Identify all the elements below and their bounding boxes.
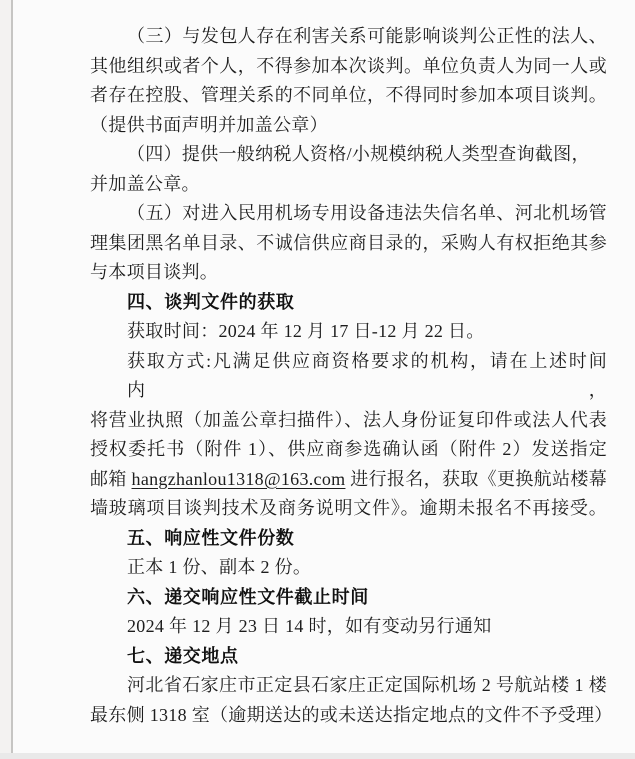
document-page: （三）与发包人存在利害关系可能影响谈判公正性的法人、 其他组织或者个人，不得参加…: [90, 22, 607, 730]
text-line-with-email: 邮箱 hangzhanlou1318@163.com 进行报名，获取《更换航站楼…: [90, 465, 607, 495]
email-line-suffix: 进行报名，获取《更换航站楼幕: [345, 469, 607, 489]
text-line: 墙玻璃项目谈判技术及商务说明文件》。逾期未报名不再接受。: [90, 494, 607, 524]
text-line: 将营业执照（加盖公章扫描件）、法人身份证复印件或法人代表: [90, 406, 607, 436]
email-address: hangzhanlou1318@163.com: [132, 469, 346, 489]
text-line: 与本项目谈判。: [90, 258, 607, 288]
text-line: 其他组织或者个人，不得参加本次谈判。单位负责人为同一人或: [90, 52, 607, 82]
text-line: 河北省石家庄市正定县石家庄正定国际机场 2 号航站楼 1 楼: [90, 671, 607, 701]
text-line: 2024 年 12 月 23 日 14 时，如有变动另行通知: [90, 612, 607, 642]
text-line: 并加盖公章。: [90, 170, 607, 200]
scan-left-edge-strip: [0, 0, 11, 759]
section-heading-6: 六、递交响应性文件截止时间: [90, 583, 607, 613]
section-heading-7: 七、递交地点: [90, 642, 607, 672]
text-line: （四）提供一般纳税人资格/小规模纳税人类型查询截图，: [90, 140, 607, 170]
section-heading-5: 五、响应性文件份数: [90, 524, 607, 554]
section-heading-4: 四、谈判文件的获取: [90, 288, 607, 318]
scan-bottom-edge-band: [0, 753, 635, 759]
text-line: 最东侧 1318 室（逾期送达的或未送达指定地点的文件不予受理）: [90, 701, 607, 731]
text-line: 获取时间：2024 年 12 月 17 日-12 月 22 日。: [90, 317, 607, 347]
text-line: 授权委托书（附件 1）、供应商参选确认函（附件 2）发送指定: [90, 435, 607, 465]
text-line: （三）与发包人存在利害关系可能影响谈判公正性的法人、: [90, 22, 607, 52]
text-line: 理集团黑名单目录、不诚信供应商目录的，采购人有权拒绝其参: [90, 229, 607, 259]
text-line: 者存在控股、管理关系的不同单位，不得同时参加本项目谈判。: [90, 81, 607, 111]
scan-left-edge-line: [11, 0, 13, 759]
text-line: （五）对进入民用机场专用设备违法失信名单、河北机场管: [90, 199, 607, 229]
text-line: （提供书面声明并加盖公章）: [90, 111, 607, 141]
text-line: 获取方式:凡满足供应商资格要求的机构，请在上述时间内，: [90, 347, 607, 406]
email-line-prefix: 邮箱: [90, 469, 132, 489]
text-line: 正本 1 份、副本 2 份。: [90, 553, 607, 583]
